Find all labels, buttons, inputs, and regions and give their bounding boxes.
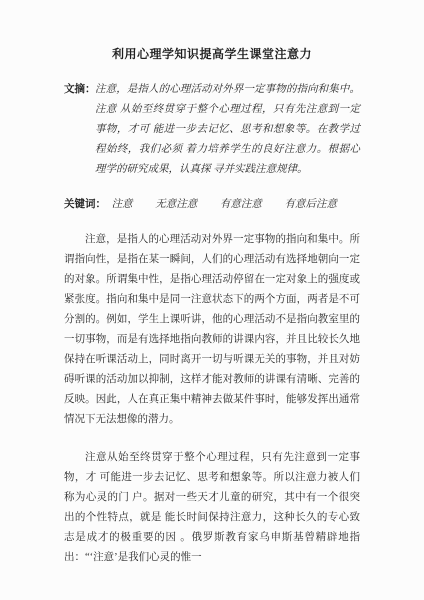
abstract-text: 注意，是指人的心理活动对外界一定事物的指向和集中。注意 从始至终贯穿于整个心理过… (95, 84, 360, 175)
keyword-item: 注意 (112, 199, 133, 210)
document-page: 利用心理学知识提高学生课堂注意力 文摘： 注意，是指人的心理活动对外界一定事物的… (0, 0, 424, 600)
body-paragraph-1: 注意，是指人的心理活动对外界一定事物的指向和集中。所谓指向性，是指在某一瞬间，人… (64, 230, 360, 430)
keywords-label: 关键词： (64, 199, 106, 210)
page-title: 利用心理学知识提高学生课堂注意力 (64, 44, 360, 64)
abstract-label: 文摘： (64, 80, 96, 100)
keyword-item: 有意注意 (220, 199, 262, 210)
abstract-section: 文摘： 注意，是指人的心理活动对外界一定事物的指向和集中。注意 从始至终贯穿于整… (64, 80, 360, 180)
body-paragraph-2: 注意从始至终贯穿于整个心理过程，只有先注意到一定事物，才 可能进一步去记忆、思考… (64, 448, 360, 568)
keyword-item: 无意注意 (155, 199, 197, 210)
keywords-section: 关键词： 注意 无意注意 有意注意 有意后注意 (64, 195, 360, 215)
document-content: 利用心理学知识提高学生课堂注意力 文摘： 注意，是指人的心理活动对外界一定事物的… (0, 0, 424, 568)
keyword-item: 有意后注意 (285, 199, 338, 210)
